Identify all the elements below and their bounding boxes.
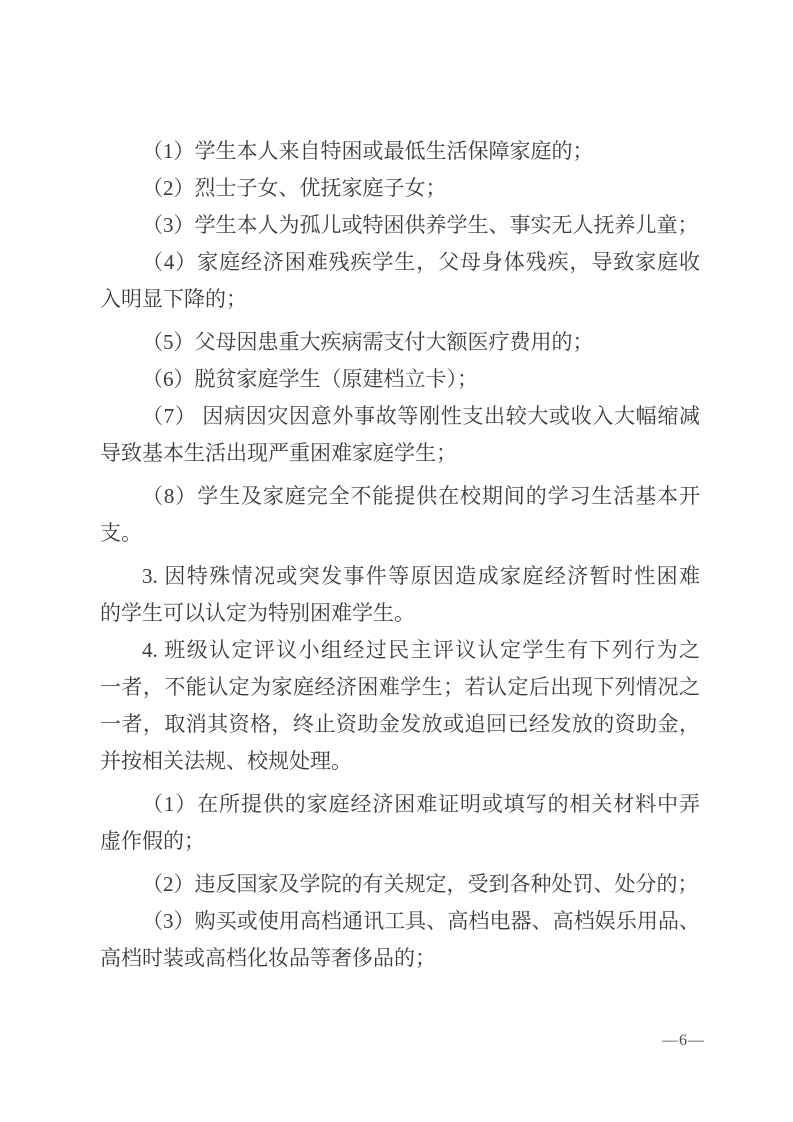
page-number: —6— [662,1031,705,1051]
paragraph: （1）学生本人来自特困或最低生活保障家庭的； [100,133,700,170]
paragraph: （6）脱贫家庭学生（原建档立卡）； [100,361,700,398]
document-body: （1）学生本人来自特困或最低生活保障家庭的； （2）烈士子女、优抚家庭子女； （… [100,133,700,977]
paragraph: 3. 因特殊情况或突发事件等原因造成家庭经济暂时性困难 的学生可以认定为特别困难… [100,558,700,632]
paragraph: （3）购买或使用高档通讯工具、高档电器、高档娱乐用品、 高档时装或高档化妆品等奢… [100,903,700,977]
text-line: 的学生可以认定为特别困难学生。 [100,595,700,632]
paragraph: （2）违反国家及学院的有关规定，受到各种处罚、处分的； [100,866,700,903]
text-line: （7） 因病因灾因意外事故等刚性支出较大或收入大幅缩减 [100,398,700,435]
text-line: 4. 班级认定评议小组经过民主评议认定学生有下列行为之 [100,632,700,669]
text-line: （2）违反国家及学院的有关规定，受到各种处罚、处分的； [100,866,700,903]
text-line: 导致基本生活出现严重困难家庭学生； [100,435,700,472]
paragraph: （5）父母因患重大疾病需支付大额医疗费用的； [100,324,700,361]
text-line: （3）购买或使用高档通讯工具、高档电器、高档娱乐用品、 [100,903,700,940]
text-line: （2）烈士子女、优抚家庭子女； [100,170,700,207]
paragraph: （3）学生本人为孤儿或特困供养学生、事实无人抚养儿童； [100,207,700,244]
text-line: 一者，取消其资格，终止资助金发放或追回已经发放的资助金， [100,706,700,743]
text-line: （8）学生及家庭完全不能提供在校期间的学习生活基本开 [100,478,700,515]
text-line: 高档时装或高档化妆品等奢侈品的； [100,940,700,977]
text-line: 虚作假的； [100,823,700,860]
paragraph: （8）学生及家庭完全不能提供在校期间的学习生活基本开 支。 [100,478,700,552]
text-line: （4）家庭经济困难残疾学生，父母身体残疾，导致家庭收 [100,244,700,281]
paragraph: （4）家庭经济困难残疾学生，父母身体残疾，导致家庭收 入明显下降的； [100,244,700,318]
text-line: （1）在所提供的家庭经济困难证明或填写的相关材料中弄 [100,786,700,823]
text-line: （6）脱贫家庭学生（原建档立卡）； [100,361,700,398]
paragraph: 4. 班级认定评议小组经过民主评议认定学生有下列行为之 一者，不能认定为家庭经济… [100,632,700,780]
document-page: （1）学生本人来自特困或最低生活保障家庭的； （2）烈士子女、优抚家庭子女； （… [0,0,793,1122]
text-line: （3）学生本人为孤儿或特困供养学生、事实无人抚养儿童； [100,207,700,244]
text-line: （1）学生本人来自特困或最低生活保障家庭的； [100,133,700,170]
paragraph: （7） 因病因灾因意外事故等刚性支出较大或收入大幅缩减 导致基本生活出现严重困难… [100,398,700,472]
paragraph: （2）烈士子女、优抚家庭子女； [100,170,700,207]
text-line: 支。 [100,515,700,552]
text-line: （5）父母因患重大疾病需支付大额医疗费用的； [100,324,700,361]
text-line: 并按相关法规、校规处理。 [100,743,700,780]
text-line: 3. 因特殊情况或突发事件等原因造成家庭经济暂时性困难 [100,558,700,595]
text-line: 入明显下降的； [100,281,700,318]
paragraph: （1）在所提供的家庭经济困难证明或填写的相关材料中弄 虚作假的； [100,786,700,860]
text-line: 一者，不能认定为家庭经济困难学生；若认定后出现下列情况之 [100,669,700,706]
